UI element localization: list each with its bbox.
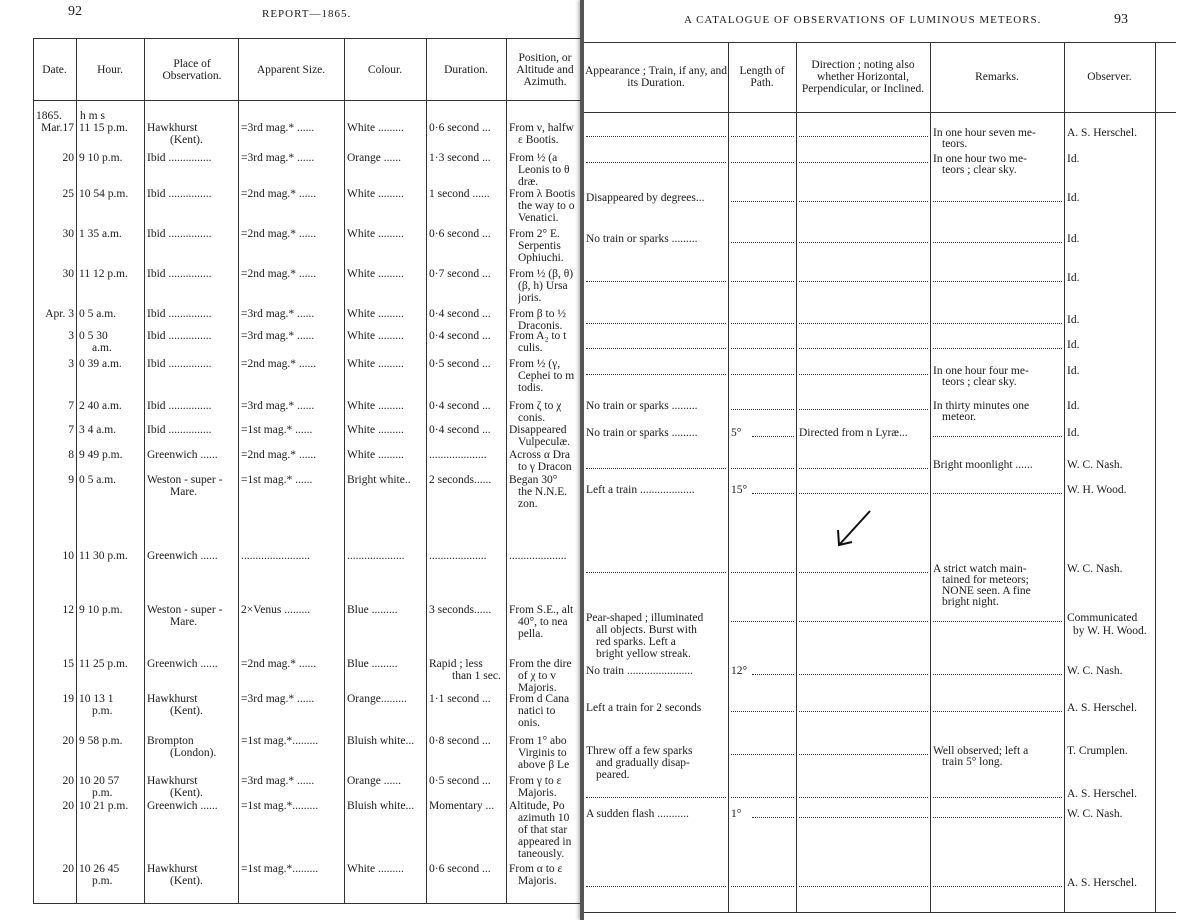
dot-leader bbox=[799, 136, 928, 137]
colour-cell: White ......... bbox=[347, 122, 425, 134]
dot-leader bbox=[799, 754, 928, 755]
dot-leader bbox=[586, 281, 726, 282]
apparent-size-cell: =3rd mag.* ...... bbox=[241, 400, 343, 412]
dot-leader bbox=[731, 374, 794, 375]
dot-leader bbox=[799, 711, 928, 712]
dot-leader bbox=[799, 374, 928, 375]
position-cell: From S.E., alt bbox=[509, 604, 583, 616]
length-cell: 1° bbox=[731, 808, 751, 820]
dot-leader bbox=[799, 797, 928, 798]
dot-leader bbox=[731, 797, 794, 798]
dot-leader bbox=[933, 674, 1062, 675]
observer-cell: Id. bbox=[1067, 427, 1157, 439]
observer-cell: Id. bbox=[1067, 314, 1157, 326]
date-cell: 3 bbox=[68, 330, 74, 342]
dot-leader bbox=[731, 621, 794, 622]
dot-leader bbox=[731, 162, 794, 163]
hour-cell: 2 40 a.m. bbox=[79, 400, 143, 412]
observer-cell: W. C. Nash. bbox=[1067, 563, 1157, 575]
dot-leader bbox=[586, 374, 726, 375]
position-cell: Vulpeculæ. bbox=[518, 436, 583, 448]
running-head: REPORT—1865. bbox=[262, 8, 351, 20]
duration-cell: Momentary ... bbox=[429, 800, 505, 812]
duration-cell: 1 second ...... bbox=[429, 188, 505, 200]
duration-cell: 1·1 second ... bbox=[429, 693, 505, 705]
hour-cell: 9 49 p.m. bbox=[79, 449, 143, 461]
hour-cell: 0 39 a.m. bbox=[79, 358, 143, 370]
position-cell: conis. bbox=[518, 412, 583, 424]
hour-cell: 1 35 a.m. bbox=[79, 228, 143, 240]
position-cell: From α to ε bbox=[509, 863, 583, 875]
arrow-down-left-icon bbox=[834, 508, 874, 550]
place-cell: Brompton bbox=[147, 735, 237, 747]
position-cell: Altitude, Po bbox=[509, 800, 583, 812]
appearance-cell: bright yellow streak. bbox=[596, 648, 726, 660]
dot-leader bbox=[731, 281, 794, 282]
dot-leader bbox=[731, 409, 794, 410]
place-cell: Weston - super - bbox=[147, 604, 237, 616]
position-cell: Venatici. bbox=[518, 212, 583, 224]
dot-leader bbox=[933, 621, 1062, 622]
dot-leader bbox=[731, 754, 794, 755]
appearance-cell: Threw off a few sparks bbox=[586, 745, 726, 757]
position-cell: onis. bbox=[518, 717, 583, 729]
hour-cell: 10 13 1 bbox=[79, 693, 143, 705]
colour-cell: Blue ......... bbox=[347, 658, 425, 670]
remarks-cell: Bright moonlight ...... bbox=[933, 459, 1063, 471]
appearance-cell: No train or sparks ......... bbox=[586, 400, 726, 412]
hour-cell: 11 30 p.m. bbox=[79, 550, 143, 562]
position-cell: appeared in bbox=[518, 836, 583, 848]
colour-cell: Blue ......... bbox=[347, 604, 425, 616]
left-page: 92 REPORT—1865. Date. Hour. Place of Obs… bbox=[0, 0, 590, 920]
apparent-size-cell: =2nd mag.* ...... bbox=[241, 188, 343, 200]
dot-leader bbox=[799, 621, 928, 622]
apparent-size-cell: =1st mag.*......... bbox=[241, 863, 343, 875]
place-cell: Weston - super - bbox=[147, 474, 237, 486]
observer-cell: A. S. Herschel. bbox=[1067, 702, 1157, 714]
date-cell: 25 bbox=[63, 188, 75, 200]
dot-leader bbox=[731, 711, 794, 712]
dot-leader bbox=[933, 493, 1062, 494]
observer-cell: Id. bbox=[1067, 192, 1157, 204]
hour-cell: 9 58 p.m. bbox=[79, 735, 143, 747]
length-cell: 15° bbox=[731, 484, 751, 496]
date-cell: 7 bbox=[68, 400, 74, 412]
duration-cell: 0·4 second ... bbox=[429, 424, 505, 436]
position-cell: zon. bbox=[518, 498, 583, 510]
appearance-cell: Disappeared by degrees... bbox=[586, 192, 726, 204]
observer-cell: Id. bbox=[1067, 233, 1157, 245]
place-cell: Greenwich ...... bbox=[147, 658, 237, 670]
position-cell: Serpentis bbox=[518, 240, 583, 252]
dot-leader bbox=[799, 281, 928, 282]
observer-cell: Id. bbox=[1067, 153, 1157, 165]
apparent-size-cell: =3rd mag.* ...... bbox=[241, 152, 343, 164]
position-cell: Majoris. bbox=[518, 875, 583, 887]
place-cell-2: (Kent). bbox=[170, 705, 236, 717]
position-cell: todis. bbox=[518, 382, 583, 394]
remarks-cell: meteor. bbox=[942, 411, 1062, 423]
remarks-cell: train 5° long. bbox=[942, 756, 1062, 768]
remarks-cell: bright night. bbox=[942, 596, 1062, 608]
duration-cell: 0·5 second ... bbox=[429, 775, 505, 787]
date-cell: 12 bbox=[63, 604, 75, 616]
hour-cell: 10 54 p.m. bbox=[79, 188, 143, 200]
header-observer: Observer. bbox=[1064, 44, 1155, 110]
apparent-size-cell: =1st mag.*......... bbox=[241, 735, 343, 747]
place-cell: Greenwich ...... bbox=[147, 550, 237, 562]
place-cell: Ibid ............... bbox=[147, 358, 237, 370]
colour-cell: White ......... bbox=[347, 358, 425, 370]
date-cell: 30 bbox=[63, 268, 75, 280]
place-cell-2: (Kent). bbox=[170, 134, 236, 146]
position-cell: 40°, to nea bbox=[518, 616, 583, 628]
position-cell: pella. bbox=[518, 628, 583, 640]
place-cell: Hawkhurst bbox=[147, 863, 237, 875]
hour-cell: 9 10 p.m. bbox=[79, 604, 143, 616]
header-position: Position, or Altitude and Azimuth. bbox=[508, 40, 582, 100]
hour-cell: 10 20 57 bbox=[79, 775, 143, 787]
dot-leader bbox=[731, 323, 794, 324]
place-cell-2: Mare. bbox=[170, 616, 236, 628]
dot-leader bbox=[799, 409, 928, 410]
duration-cell: 1·3 second ... bbox=[429, 152, 505, 164]
position-cell: of χ to v bbox=[518, 670, 583, 682]
date-cell: 8 bbox=[68, 449, 74, 461]
hour-cell-2: p.m. bbox=[92, 787, 142, 799]
position-cell: From ½ (β, θ) bbox=[509, 268, 583, 280]
dot-leader bbox=[731, 201, 794, 202]
dot-leader bbox=[586, 162, 726, 163]
hour-cell-2: a.m. bbox=[92, 342, 142, 354]
date-cell: 30 bbox=[63, 228, 75, 240]
page-number: 93 bbox=[1114, 14, 1128, 26]
observer-cell: W. C. Nash. bbox=[1067, 459, 1157, 471]
place-cell-2: (Kent). bbox=[170, 787, 236, 799]
dot-leader bbox=[799, 493, 928, 494]
colour-cell: White ......... bbox=[347, 424, 425, 436]
dot-leader bbox=[586, 797, 726, 798]
hour-cell: 9 10 p.m. bbox=[79, 152, 143, 164]
position-cell: dræ. bbox=[518, 176, 583, 188]
header-remarks: Remarks. bbox=[930, 44, 1064, 110]
dot-leader bbox=[799, 817, 928, 818]
position-cell: the way to o bbox=[518, 200, 583, 212]
dot-leader bbox=[731, 242, 794, 243]
position-cell: Began 30° bbox=[509, 474, 583, 486]
position-cell: the N.N.E. bbox=[518, 486, 583, 498]
position-cell: of that star bbox=[518, 824, 583, 836]
colour-cell: Orange ...... bbox=[347, 152, 425, 164]
apparent-size-cell: 2×Venus ......... bbox=[241, 604, 343, 616]
running-head: A CATALOGUE OF OBSERVATIONS OF LUMINOUS … bbox=[684, 14, 1041, 26]
apparent-size-cell: =3rd mag.* ...... bbox=[241, 308, 343, 320]
position-cell: From d Cana bbox=[509, 693, 583, 705]
dot-leader bbox=[799, 201, 928, 202]
right-page: A CATALOGUE OF OBSERVATIONS OF LUMINOUS … bbox=[580, 0, 1180, 920]
position-cell: Ophiuchi. bbox=[518, 252, 583, 264]
duration-cell: 0·6 second ... bbox=[429, 228, 505, 240]
duration-cell: 0·5 second ... bbox=[429, 358, 505, 370]
remarks-cell: teors ; clear sky. bbox=[942, 164, 1062, 176]
duration-cell: Rapid ; less bbox=[429, 658, 505, 670]
observer-cell: Id. bbox=[1067, 365, 1157, 377]
hour-cell: 10 26 45 bbox=[79, 863, 143, 875]
appearance-cell: peared. bbox=[596, 769, 726, 781]
place-cell: Ibid ............... bbox=[147, 424, 237, 436]
observer-cell: A. S. Herschel. bbox=[1067, 788, 1157, 800]
place-cell: Hawkhurst bbox=[147, 122, 237, 134]
position-cell: Cephei to m bbox=[518, 370, 583, 382]
observer-cell: T. Crumplen. bbox=[1067, 745, 1157, 757]
apparent-size-cell: =3rd mag.* ...... bbox=[241, 122, 343, 134]
position-cell: From ½ (a bbox=[509, 152, 583, 164]
apparent-size-cell: =2nd mag.* ...... bbox=[241, 358, 343, 370]
dot-leader bbox=[752, 674, 794, 675]
observer-cell: A. S. Herschel. bbox=[1067, 127, 1157, 139]
duration-cell: 0·4 second ... bbox=[429, 400, 505, 412]
dot-leader bbox=[731, 468, 794, 469]
appearance-cell: Left a train for 2 seconds bbox=[586, 702, 726, 714]
position-cell: culis. bbox=[518, 342, 583, 354]
position-cell: .................... bbox=[509, 550, 583, 562]
position-cell: natici to bbox=[518, 705, 583, 717]
dot-leader bbox=[752, 436, 794, 437]
header-place: Place of Observation. bbox=[150, 40, 234, 100]
position-cell: From A₂ to t bbox=[509, 330, 583, 342]
remarks-cell: teors. bbox=[942, 138, 1062, 150]
observer-cell: Communicated bbox=[1067, 612, 1157, 624]
position-cell: From the dire bbox=[509, 658, 583, 670]
length-cell: 5° bbox=[731, 427, 751, 439]
hour-cell: 0 5 a.m. bbox=[79, 474, 143, 486]
dot-leader bbox=[933, 281, 1062, 282]
observer-cell: Id. bbox=[1067, 400, 1157, 412]
observer-cell: W. H. Wood. bbox=[1067, 484, 1157, 496]
hour-cell-2: p.m. bbox=[92, 705, 142, 717]
duration-cell-2: than 1 sec. bbox=[452, 670, 506, 682]
position-cell: From ν, halfw bbox=[509, 122, 583, 134]
hour-cell: 11 25 p.m. bbox=[79, 658, 143, 670]
colour-cell: Bluish white... bbox=[347, 800, 425, 812]
colour-cell: White ......... bbox=[347, 330, 425, 342]
dot-leader bbox=[799, 572, 928, 573]
position-cell: From 2° E. bbox=[509, 228, 583, 240]
appearance-cell: all objects. Burst with bbox=[596, 624, 726, 636]
date-cell: 15 bbox=[63, 658, 75, 670]
appearance-cell: Pear-shaped ; illuminated bbox=[586, 612, 726, 624]
dot-leader bbox=[933, 201, 1062, 202]
dot-leader bbox=[586, 468, 726, 469]
header-hour: Hour. bbox=[76, 40, 144, 100]
dot-leader bbox=[933, 242, 1062, 243]
date-cell: 20 bbox=[63, 152, 75, 164]
colour-cell: White ......... bbox=[347, 863, 425, 875]
position-cell: Disappeared bbox=[509, 424, 583, 436]
dot-leader bbox=[799, 348, 928, 349]
colour-cell: White ......... bbox=[347, 449, 425, 461]
position-cell: Majoris. bbox=[518, 787, 583, 799]
duration-cell: 3 seconds...... bbox=[429, 604, 505, 616]
date-cell: Mar.17 bbox=[41, 122, 74, 134]
position-cell: From λ Bootis bbox=[509, 188, 583, 200]
colour-cell: White ......... bbox=[347, 308, 425, 320]
place-cell: Greenwich ...... bbox=[147, 449, 237, 461]
date-cell: 20 bbox=[63, 800, 75, 812]
apparent-size-cell: =2nd mag.* ...... bbox=[241, 228, 343, 240]
header-apparent-size: Apparent Size. bbox=[238, 40, 344, 100]
position-cell: Leonis to θ bbox=[518, 164, 583, 176]
colour-cell: White ......... bbox=[347, 188, 425, 200]
observer-cell: by W. H. Wood. bbox=[1073, 625, 1163, 637]
header-colour: Colour. bbox=[344, 40, 426, 100]
duration-cell: 0·8 second ... bbox=[429, 735, 505, 747]
position-cell: From ½ (γ, bbox=[509, 358, 583, 370]
hour-cell-2: p.m. bbox=[92, 875, 142, 887]
date-cell: 10 bbox=[63, 550, 75, 562]
dot-leader bbox=[731, 136, 794, 137]
appearance-cell: No train or sparks ......... bbox=[586, 233, 726, 245]
place-cell: Ibid ............... bbox=[147, 400, 237, 412]
dot-leader bbox=[586, 323, 726, 324]
hour-cell: 0 5 30 bbox=[79, 330, 143, 342]
place-cell: Ibid ............... bbox=[147, 330, 237, 342]
apparent-size-cell: =2nd mag.* ...... bbox=[241, 658, 343, 670]
dot-leader bbox=[799, 674, 928, 675]
date-cell: 20 bbox=[63, 735, 75, 747]
colour-cell: Bluish white... bbox=[347, 735, 425, 747]
duration-cell: .................... bbox=[429, 449, 505, 461]
dot-leader bbox=[933, 711, 1062, 712]
place-cell-2: (Kent). bbox=[170, 875, 236, 887]
position-cell: (β, h) Ursa bbox=[518, 280, 583, 292]
position-cell: ε Bootis. bbox=[518, 134, 583, 146]
observer-cell: W. C. Nash. bbox=[1067, 808, 1157, 820]
place-cell-2: (London). bbox=[170, 747, 236, 759]
dot-leader bbox=[586, 572, 726, 573]
dot-leader bbox=[933, 886, 1062, 887]
dot-leader bbox=[933, 436, 1062, 437]
appearance-cell: A sudden flash ........... bbox=[586, 808, 726, 820]
position-cell: joris. bbox=[518, 292, 583, 304]
page-number: 92 bbox=[68, 6, 82, 18]
year-label: 1865. bbox=[36, 110, 62, 122]
position-cell: Virginis to bbox=[518, 747, 583, 759]
duration-cell: 0·4 second ... bbox=[429, 308, 505, 320]
apparent-size-cell: =3rd mag.* ...... bbox=[241, 693, 343, 705]
hour-cell: 10 21 p.m. bbox=[79, 800, 143, 812]
hour-cell: 11 12 p.m. bbox=[79, 268, 143, 280]
position-cell: above β Le bbox=[518, 759, 583, 771]
position-cell: From β to ½ bbox=[509, 308, 583, 320]
position-cell: From 1° abo bbox=[509, 735, 583, 747]
place-cell: Ibid ............... bbox=[147, 268, 237, 280]
dot-leader bbox=[799, 323, 928, 324]
observer-cell: Id. bbox=[1067, 272, 1157, 284]
apparent-size-cell: =2nd mag.* ...... bbox=[241, 268, 343, 280]
apparent-size-cell: ........................ bbox=[241, 550, 343, 562]
dot-leader bbox=[799, 886, 928, 887]
dot-leader bbox=[752, 493, 794, 494]
duration-cell: 0·4 second ... bbox=[429, 330, 505, 342]
place-cell: Ibid ............... bbox=[147, 228, 237, 240]
hour-units: h m s bbox=[80, 110, 105, 122]
dot-leader bbox=[933, 817, 1062, 818]
appearance-cell: No train ....................... bbox=[586, 665, 726, 677]
dot-leader bbox=[933, 323, 1062, 324]
observer-cell: W. C. Nash. bbox=[1067, 665, 1157, 677]
dot-leader bbox=[799, 162, 928, 163]
length-cell: 12° bbox=[731, 665, 751, 677]
date-cell: 20 bbox=[63, 775, 75, 787]
date-cell: 7 bbox=[68, 424, 74, 436]
colour-cell: White ......... bbox=[347, 400, 425, 412]
observer-cell: A. S. Herschel. bbox=[1067, 877, 1157, 889]
dot-leader bbox=[586, 136, 726, 137]
apparent-size-cell: =3rd mag.* ...... bbox=[241, 330, 343, 342]
dot-leader bbox=[731, 886, 794, 887]
dot-leader bbox=[731, 572, 794, 573]
duration-cell: 0·7 second ... bbox=[429, 268, 505, 280]
colour-cell: .................... bbox=[347, 550, 425, 562]
colour-cell: Bright white.. bbox=[347, 474, 425, 486]
position-cell: From ζ to χ bbox=[509, 400, 583, 412]
appearance-cell: and gradually disap- bbox=[596, 757, 726, 769]
position-cell: to γ Dracon bbox=[518, 461, 583, 473]
header-direction: Direction ; noting also whether Horizont… bbox=[796, 44, 930, 110]
duration-cell: 2 seconds...... bbox=[429, 474, 505, 486]
duration-cell: .................... bbox=[429, 550, 505, 562]
duration-cell: 0·6 second ... bbox=[429, 863, 505, 875]
dot-leader bbox=[799, 468, 928, 469]
date-cell: 9 bbox=[68, 474, 74, 486]
position-cell: taneously. bbox=[518, 848, 583, 860]
direction-cell: Directed from n Lyræ... bbox=[799, 427, 929, 439]
duration-cell: 0·6 second ... bbox=[429, 122, 505, 134]
dot-leader bbox=[586, 348, 726, 349]
dot-leader bbox=[933, 797, 1062, 798]
position-cell: From γ to ε bbox=[509, 775, 583, 787]
dot-leader bbox=[752, 817, 794, 818]
place-cell: Ibid ............... bbox=[147, 152, 237, 164]
apparent-size-cell: =1st mag.* ...... bbox=[241, 474, 343, 486]
apparent-size-cell: =2nd mag.* ...... bbox=[241, 449, 343, 461]
place-cell: Hawkhurst bbox=[147, 693, 237, 705]
appearance-cell: Left a train ................... bbox=[586, 484, 726, 496]
header-length: Length of Path. bbox=[728, 44, 796, 110]
date-cell: 19 bbox=[63, 693, 75, 705]
header-appearance: Appearance ; Train, if any, and its Dura… bbox=[584, 44, 728, 110]
header-duration: Duration. bbox=[426, 40, 506, 100]
apparent-size-cell: =1st mag.* ...... bbox=[241, 424, 343, 436]
dot-leader bbox=[799, 242, 928, 243]
appearance-cell: red sparks. Left a bbox=[596, 636, 726, 648]
appearance-cell: No train or sparks ......... bbox=[586, 427, 726, 439]
dot-leader bbox=[586, 886, 726, 887]
apparent-size-cell: =1st mag.*......... bbox=[241, 800, 343, 812]
place-cell: Hawkhurst bbox=[147, 775, 237, 787]
colour-cell: White ......... bbox=[347, 228, 425, 240]
date-cell: Apr. 3 bbox=[45, 308, 74, 320]
place-cell: Ibid ............... bbox=[147, 188, 237, 200]
colour-cell: Orange ...... bbox=[347, 775, 425, 787]
place-cell-2: Mare. bbox=[170, 486, 236, 498]
colour-cell: Orange......... bbox=[347, 693, 425, 705]
header-date: Date. bbox=[33, 40, 76, 100]
hour-cell: 0 5 a.m. bbox=[79, 308, 143, 320]
date-cell: 3 bbox=[68, 358, 74, 370]
